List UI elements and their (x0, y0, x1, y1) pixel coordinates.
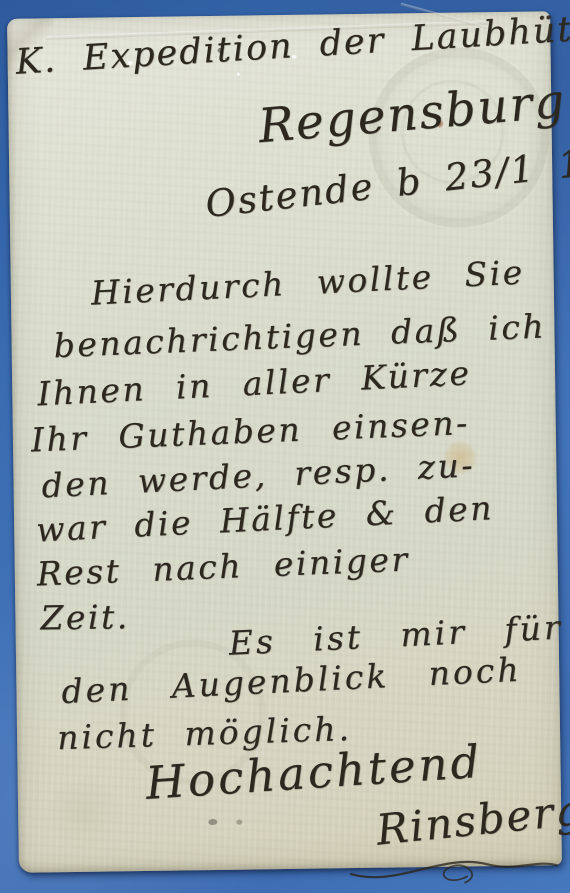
signature: Rinsberg (374, 785, 570, 855)
date-line: Ostende b 23/1 1900 (203, 133, 570, 226)
message-line: benachrichtigen daß ich (53, 306, 547, 365)
address-line-city: Regensburg (256, 74, 568, 155)
message-line: Zeit. (40, 597, 130, 637)
message-line: Hierdurch wollte Sie (90, 253, 526, 313)
ink-smudge (208, 819, 217, 825)
message-line: Rest nach einiger (36, 540, 410, 594)
postcard: K. Expedition der Laubhütte Regensburg O… (7, 11, 562, 872)
address-line-recipient: K. Expedition der Laubhütte (14, 7, 570, 82)
scanned-photo-background: K. Expedition der Laubhütte Regensburg O… (0, 0, 570, 893)
ink-smudge (236, 820, 242, 825)
paper-speck (237, 73, 240, 76)
paper-stain (38, 777, 129, 848)
